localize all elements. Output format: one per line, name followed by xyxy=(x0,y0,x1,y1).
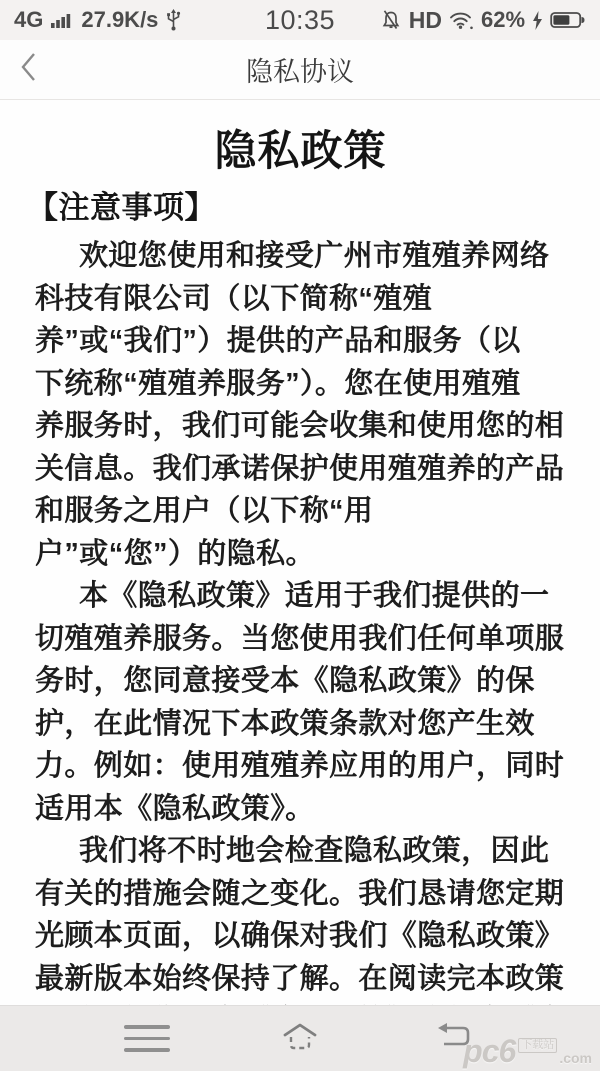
menu-button[interactable] xyxy=(112,1011,182,1067)
policy-text-line: 科技有限公司（以下简称“殖殖 xyxy=(35,278,566,321)
charging-bolt-icon xyxy=(532,11,543,30)
notice-section-heading: 【注意事项】 xyxy=(27,182,566,227)
policy-text-line: 户”或“您”）的隐私。 xyxy=(35,533,566,576)
policy-text-line: 和服务之用户（以下称“用 xyxy=(35,490,566,533)
policy-title: 隐私政策 xyxy=(35,118,566,178)
policy-content: 隐私政策 【注意事项】 欢迎您使用和接受广州市殖殖养网络科技有限公司（以下简称“… xyxy=(0,100,600,1043)
policy-paragraphs: 欢迎您使用和接受广州市殖殖养网络科技有限公司（以下简称“殖殖养”或“我们”）提供… xyxy=(35,235,566,1043)
menu-icon xyxy=(124,1025,170,1052)
network-type-label: 4G xyxy=(14,7,43,33)
wifi-icon xyxy=(449,10,474,30)
signal-bars-icon xyxy=(50,11,74,29)
policy-text-line: 欢迎您使用和接受广州市殖殖养网络 xyxy=(35,235,566,278)
policy-text-line: 养”或“我们”）提供的产品和服务（以 xyxy=(35,320,566,363)
policy-text-line: 下统称“殖殖养服务”）。您在使用殖殖 xyxy=(35,363,566,406)
policy-text-line: 力。例如：使用殖殖养应用的用户，同时 xyxy=(35,745,566,788)
return-icon xyxy=(431,1022,475,1055)
back-button[interactable] xyxy=(18,40,78,99)
battery-percent-label: 62% xyxy=(481,7,525,33)
policy-text-line: 切殖殖养服务。当您使用我们任何单项服 xyxy=(35,618,566,661)
volte-hd-label: HD xyxy=(409,7,442,34)
policy-text-line: 最新版本始终保持了解。在阅读完本政策 xyxy=(35,958,566,1001)
back-chevron-icon xyxy=(18,49,40,90)
bell-muted-icon xyxy=(380,9,402,31)
policy-text-line: 关信息。我们承诺保护使用殖殖养的产品 xyxy=(35,448,566,491)
policy-text-line: 我们将不时地会检查隐私政策，因此 xyxy=(35,830,566,873)
home-icon xyxy=(278,1020,322,1057)
policy-text-line: 本《隐私政策》适用于我们提供的一 xyxy=(35,575,566,618)
usb-icon xyxy=(165,8,182,32)
policy-text-line: 养服务时，我们可能会收集和使用您的相 xyxy=(35,405,566,448)
policy-text-line: 适用本《隐私政策》。 xyxy=(35,788,566,831)
policy-text-line: 有关的措施会随之变化。我们恳请您定期 xyxy=(35,873,566,916)
policy-text-line: 务时，您同意接受本《隐私政策》的保 xyxy=(35,660,566,703)
policy-text-line: 护，在此情况下本政策条款对您产生效 xyxy=(35,703,566,746)
return-button[interactable] xyxy=(418,1011,488,1067)
nav-bar: 隐私协议 xyxy=(0,40,600,100)
battery-icon xyxy=(550,10,586,30)
home-button[interactable] xyxy=(265,1011,335,1067)
status-bar: 4G 27.9K/s 10:35 xyxy=(0,0,600,40)
net-speed-label: 27.9K/s xyxy=(81,7,158,33)
page-header-title: 隐私协议 xyxy=(246,50,354,89)
bottom-nav-bar xyxy=(0,1005,600,1071)
clock: 10:35 xyxy=(265,5,335,36)
policy-text-line: 光顾本页面，以确保对我们《隐私政策》 xyxy=(35,915,566,958)
